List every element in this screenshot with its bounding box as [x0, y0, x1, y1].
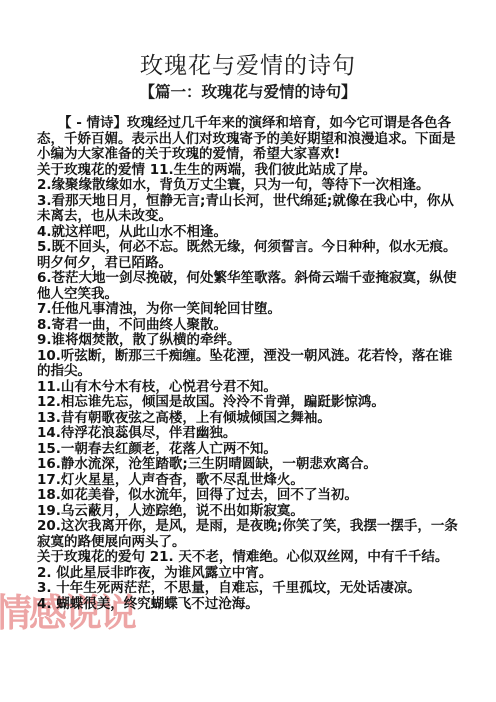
poem-paragraph: 2.缘聚缘散缘如水，背负万丈尘寰，只为一句，等待下一次相逢。	[37, 178, 462, 194]
section-subtitle: 【篇一：玫瑰花与爱情的诗句】	[0, 83, 496, 101]
poem-paragraph: 13.昔有朝歌夜弦之高楼，上有倾城倾国之舞袖。	[37, 411, 462, 427]
poem-paragraph: 6.苍茫大地一剑尽挽破，何处繁华笙歌落。斜倚云端千壶掩寂寞，纵使他人空笑我。	[37, 271, 462, 302]
poem-paragraph: 关于玫瑰花的爱情 11.生生的两端，我们彼此站成了岸。	[37, 163, 462, 179]
poem-paragraph: 18.如花美眷，似水流年，回得了过去，回不了当初。	[37, 488, 462, 504]
page-title: 玫瑰花与爱情的诗句	[0, 52, 496, 80]
poem-paragraph: 3. 十年生死两茫茫，不思量，自难忘，千里孤坟，无处话凄凉。	[37, 581, 462, 597]
poem-paragraph: 4. 蝴蝶很美，终究蝴蝶飞不过沧海。	[37, 597, 462, 613]
poem-paragraph: 16.静水流深，沧笙踏歌;三生阴晴圆缺，一朝悲欢离合。	[37, 457, 462, 473]
poem-paragraph: 2. 似此星辰非昨夜，为谁风露立中宵。	[37, 566, 462, 582]
poem-paragraph: 14.待浮花浪蕊俱尽，伴君幽独。	[37, 426, 462, 442]
poem-body: 【 - 情诗】玫瑰经过几千年来的演绎和培育，如今它可谓是各色各态，千娇百媚。表示…	[37, 116, 462, 612]
poem-paragraph: 12.相忘谁先忘，倾国是故国。泠泠不肯弹，蹁跹影惊鸿。	[37, 395, 462, 411]
poem-paragraph: 【 - 情诗】玫瑰经过几千年来的演绎和培育，如今它可谓是各色各态，千娇百媚。表示…	[37, 116, 462, 163]
poem-paragraph: 20.这次我离开你，是风，是雨，是夜晚;你笑了笑，我摆一摆手，一条寂寞的路便展向…	[37, 519, 462, 550]
poem-paragraph: 15.一朝春去红颜老，花落人亡两不知。	[37, 442, 462, 458]
poem-paragraph: 8.寄君一曲，不问曲终人聚散。	[37, 318, 462, 334]
poem-paragraph: 10.听弦断，断那三千痴缠。坠花湮，湮没一朝风涟。花若怜，落在谁的指尖。	[37, 349, 462, 380]
poem-paragraph: 关于玫瑰花的爱句 21. 天不老，情难绝。心似双丝网，中有千千结。	[37, 550, 462, 566]
poem-paragraph: 9.谁将烟焚散，散了纵横的牵绊。	[37, 333, 462, 349]
poem-paragraph: 11.山有木兮木有枝，心悦君兮君不知。	[37, 380, 462, 396]
document-page: 玫瑰花与爱情的诗句 【篇一：玫瑰花与爱情的诗句】 【 - 情诗】玫瑰经过几千年来…	[0, 0, 496, 702]
poem-paragraph: 19.乌云蔽月，人迹踪绝，说不出如斯寂寞。	[37, 504, 462, 520]
poem-paragraph: 7.任他凡事清浊，为你一笑间轮回甘堕。	[37, 302, 462, 318]
poem-paragraph: 5.既不回头，何必不忘。既然无缘，何须誓言。今日种种，似水无痕。明夕何夕，君已陌…	[37, 240, 462, 271]
poem-paragraph: 17.灯火星星，人声杳杳，歌不尽乱世烽火。	[37, 473, 462, 489]
poem-paragraph: 3.看那天地日月，恒静无言;青山长河，世代绵延;就像在我心中，你从未离去，也从未…	[37, 194, 462, 225]
poem-paragraph: 4.就这样吧，从此山水不相逢。	[37, 225, 462, 241]
